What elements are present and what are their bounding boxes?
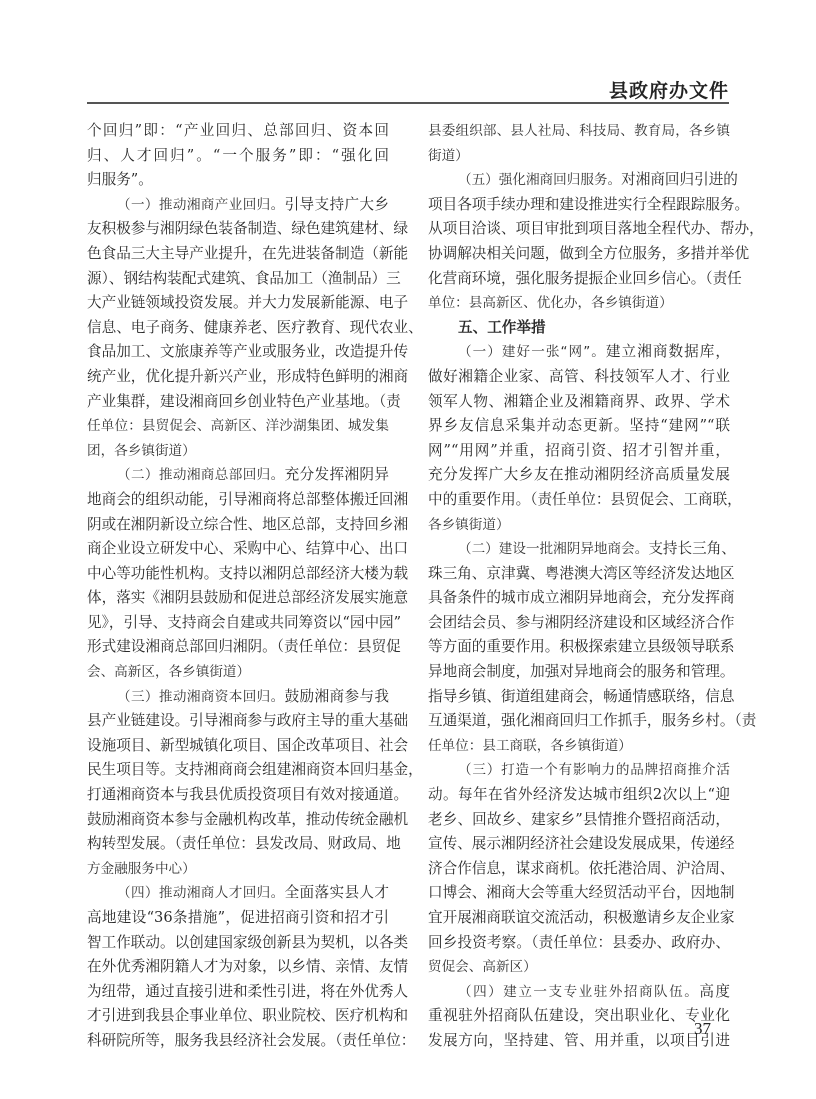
body-text: 领军人物、湘籍企业及湘籍商界、政界、学术 bbox=[428, 393, 730, 410]
text-line: 团，各乡镇街道） bbox=[87, 439, 389, 464]
page-header: 县政府办文件 bbox=[87, 70, 729, 104]
text-line: 县产业链建设。引导湘商参与政府主导的重大基础 bbox=[87, 709, 389, 734]
body-text: 回乡投资考察。（责任单位：县委办、政府办、 bbox=[428, 934, 730, 951]
text-line: 宣传、展示湘阴经济社会建设发展成果，传递经 bbox=[428, 832, 730, 857]
text-line: 口博会、湘商大会等重大经贸活动平台，因地制 bbox=[428, 881, 730, 906]
responsibility-text: 各乡镇街道） bbox=[428, 517, 510, 533]
text-line: 在外优秀湘阴籍人才为对象，以乡情、亲情、友情 bbox=[87, 955, 389, 980]
body-text: 重视驻外招商队伍建设，突出职业化、专业化 bbox=[428, 1007, 730, 1024]
body-text: 会团结会员、参与湘阴经济建设和区域经济合作 bbox=[428, 614, 734, 631]
body-text: 全面落实县人才 bbox=[285, 884, 389, 901]
body-text: 设施项目、新型城镇化项目、国企改革项目、社会 bbox=[87, 737, 408, 754]
body-text: 宜开展湘商联谊交流活动，积极邀请乡友企业家 bbox=[428, 909, 734, 926]
text-line: 动。每年在省外经济发达城市组织2次以上“迎 bbox=[428, 783, 730, 808]
body-text: 在外优秀湘阴籍人才为对象，以乡情、亲情、友情 bbox=[87, 958, 408, 975]
text-line: 地商会的组织动能，引导湘商将总部整体搬迁回湘 bbox=[87, 488, 389, 513]
text-line: 构转型发展。（责任单位：县发改局、财政局、地 bbox=[87, 832, 389, 857]
text-line: 归服务”。 bbox=[87, 168, 389, 193]
body-text: 具备条件的城市成立湘阴异地商会，充分发挥商 bbox=[428, 589, 734, 606]
header-rule bbox=[87, 102, 729, 104]
body-text: 民生项目等。支持湘商商会组建湘商资本回归基金， bbox=[87, 761, 423, 778]
body-text: 建立湘商数据库， bbox=[606, 343, 730, 360]
subsection-lead: （三）推动湘商资本回归。 bbox=[117, 689, 285, 705]
text-line: 宜开展湘商联谊交流活动，积极邀请乡友企业家 bbox=[428, 906, 730, 931]
text-line: 阴或在湘阴新设立综合性、地区总部，支持回乡湘 bbox=[87, 513, 389, 538]
running-header-title: 县政府办文件 bbox=[609, 76, 729, 103]
subsection-lead: （一）推动湘商产业回归。 bbox=[117, 197, 285, 213]
text-line: 民生项目等。支持湘商商会组建湘商资本回归基金， bbox=[87, 758, 389, 783]
responsibility-text: 任单位：县贸促会、高新区、洋沙湖集团、城发集 bbox=[87, 418, 389, 434]
subsection-lead: （二）建设一批湘阴异地商会。 bbox=[458, 541, 648, 557]
text-line: 具备条件的城市成立湘阴异地商会，充分发挥商 bbox=[428, 586, 730, 611]
text-line: 会团结会员、参与湘阴经济建设和区域经济合作 bbox=[428, 611, 730, 636]
body-text: 宣传、展示湘阴经济社会建设发展成果，传递经 bbox=[428, 835, 734, 852]
text-line: 化营商环境，强化服务提振企业回乡信心。（责任 bbox=[428, 267, 730, 292]
section-heading: 五、工作举措 bbox=[458, 319, 546, 336]
text-line: 鼓励湘商资本参与金融机构改革，推动传统金融机 bbox=[87, 808, 389, 833]
responsibility-text: 团，各乡镇街道） bbox=[87, 443, 196, 459]
body-text: 见》，引导、支持商会自建或共同筹资以“园中园” bbox=[87, 614, 401, 631]
text-line: 方金融服务中心） bbox=[87, 857, 389, 882]
subsection-lead: （五）强化湘商回归服务。 bbox=[458, 172, 621, 188]
text-line: 各乡镇街道） bbox=[428, 513, 730, 538]
text-line: 个回归”即：“产业回归、总部回归、资本回 bbox=[87, 119, 389, 144]
text-line: 贸促会、高新区） bbox=[428, 955, 730, 980]
text-line: （二）建设一批湘阴异地商会。支持长三角、 bbox=[428, 537, 730, 562]
body-text: 等方面的重要作用。积极探索建立县级领导联系 bbox=[428, 638, 734, 655]
text-line: 才引进到我县企事业单位、职业院校、医疗机构和 bbox=[87, 1004, 389, 1029]
text-line: 友积极参与湘阴绿色装备制造、绿色建筑建材、绿 bbox=[87, 217, 389, 242]
text-line: （四）建立一支专业驻外招商队伍。高度 bbox=[428, 980, 730, 1005]
text-line: 为纽带，通过直接引进和柔性引进，将在外优秀人 bbox=[87, 980, 389, 1005]
body-text: 食品加工、文旅康养等产业或服务业，改造提升传 bbox=[87, 343, 408, 360]
body-text: 统产业，优化提升新兴产业，形成特色鲜明的湘商 bbox=[87, 368, 408, 385]
subsection-lead: （四）推动湘商人才回归。 bbox=[117, 885, 285, 901]
body-text: 协调解决相关问题，做到全方位服务，多措并举优 bbox=[428, 245, 749, 262]
body-text: 产业集群，建设湘商回乡创业特色产业基地。（责 bbox=[87, 393, 401, 410]
body-text: 归服务”。 bbox=[87, 171, 153, 188]
subsection-lead: （三）打造一个有影响力的品牌招商推介活 bbox=[458, 762, 730, 778]
text-line: 归、人才回归”。“一个服务”即：“强化回 bbox=[87, 144, 389, 169]
text-line: 源）、钢结构装配式建筑、食品加工（渔制品）三 bbox=[87, 267, 389, 292]
text-line: 老乡、回故乡、建家乡”县情推介暨招商活动， bbox=[428, 808, 730, 833]
text-line: 珠三角、京津冀、粤港澳大湾区等经济发达地区 bbox=[428, 562, 730, 587]
text-line: 形式建设湘商总部回归湘阴。（责任单位：县贸促 bbox=[87, 635, 389, 660]
body-text: 大产业链领域投资发展。并大力发展新能源、电子 bbox=[87, 294, 408, 311]
text-line: 做好湘籍企业家、高管、科技领军人才、行业 bbox=[428, 365, 730, 390]
body-text: 互通渠道，强化湘商回归工作抓手，服务乡村。（责 bbox=[428, 712, 756, 729]
body-text: 济合作信息，谋求商机。依托港洽周、沪洽周、 bbox=[428, 860, 734, 877]
text-line: 单位：县高新区、优化办，各乡镇街道） bbox=[428, 291, 730, 316]
text-line: 体，落实《湘阴县鼓励和促进总部经济发展实施意 bbox=[87, 586, 389, 611]
text-line: 见》，引导、支持商会自建或共同筹资以“园中园” bbox=[87, 611, 389, 636]
text-line: 互通渠道，强化湘商回归工作抓手，服务乡村。（责 bbox=[428, 709, 730, 734]
subsection-lead: （四）建立一支专业驻外招商队伍。 bbox=[458, 984, 699, 1000]
text-line: 智工作联动。以创建国家级创新县为契机，以各类 bbox=[87, 931, 389, 956]
responsibility-text: 贸促会、高新区） bbox=[428, 959, 537, 975]
page-number: 37 bbox=[694, 1019, 711, 1039]
body-text: 友积极参与湘阴绿色装备制造、绿色建筑建材、绿 bbox=[87, 220, 408, 237]
text-line: 色食品三大主导产业提升，在先进装备制造（新能 bbox=[87, 242, 389, 267]
text-line: 等方面的重要作用。积极探索建立县级领导联系 bbox=[428, 635, 730, 660]
body-text: 珠三角、京津冀、粤港澳大湾区等经济发达地区 bbox=[428, 565, 734, 582]
text-line: 从项目洽谈、项目审批到项目落地全程代办、帮办， bbox=[428, 217, 730, 242]
text-line: 界乡友信息采集并动态更新。坚持“建网”“联 bbox=[428, 414, 730, 439]
body-text: 阴或在湘阴新设立综合性、地区总部，支持回乡湘 bbox=[87, 516, 408, 533]
text-line: 充分发挥广大乡友在推动湘阴经济高质量发展 bbox=[428, 463, 730, 488]
body-text: 支持长三角、 bbox=[648, 540, 736, 557]
body-text: 指导乡镇、街道组建商会，畅通情感联络，信息 bbox=[428, 688, 734, 705]
left-column: 个回归”即：“产业回归、总部回归、资本回归、人才回归”。“一个服务”即：“强化回… bbox=[87, 119, 389, 1054]
body-text: 发展方向，坚持建、管、用并重，以项目引进 bbox=[428, 1032, 730, 1049]
section-heading-line: 五、工作举措 bbox=[428, 316, 730, 341]
body-text: 高度 bbox=[699, 983, 730, 1000]
body-text: 归、人才回归”。“一个服务”即：“强化回 bbox=[87, 147, 389, 164]
responsibility-text: 方金融服务中心） bbox=[87, 861, 196, 877]
text-line: 项目各项手续办理和建设推进实行全程跟踪服务。 bbox=[428, 193, 730, 218]
body-text: 项目各项手续办理和建设推进实行全程跟踪服务。 bbox=[428, 196, 749, 213]
text-line: 食品加工、文旅康养等产业或服务业，改造提升传 bbox=[87, 340, 389, 365]
text-line: 打通湘商资本与我县优质投资项目有效对接通道。 bbox=[87, 783, 389, 808]
body-text: 网”“用网”并重，招商引资、招才引智并重， bbox=[428, 442, 730, 459]
responsibility-text: 任单位：县工商联，各乡镇街道） bbox=[428, 738, 632, 754]
text-line: 信息、电子商务、健康养老、医疗教育、现代农业、 bbox=[87, 316, 389, 341]
text-line: 领军人物、湘籍企业及湘籍商界、政界、学术 bbox=[428, 390, 730, 415]
text-line: 任单位：县贸促会、高新区、洋沙湖集团、城发集 bbox=[87, 414, 389, 439]
body-text: 动。每年在省外经济发达城市组织2次以上“迎 bbox=[428, 786, 730, 803]
text-line: （四）推动湘商人才回归。全面落实县人才 bbox=[87, 881, 389, 906]
text-line: （一）建好一张“网”。建立湘商数据库， bbox=[428, 340, 730, 365]
responsibility-text: 县委组织部、县人社局、科技局、教育局，各乡镇 bbox=[428, 123, 730, 139]
body-text: 智工作联动。以创建国家级创新县为契机，以各类 bbox=[87, 934, 408, 951]
text-line: 统产业，优化提升新兴产业，形成特色鲜明的湘商 bbox=[87, 365, 389, 390]
body-text: 高地建设“36条措施”，促进招商引资和招才引 bbox=[87, 909, 389, 926]
body-text: 地商会的组织动能，引导湘商将总部整体搬迁回湘 bbox=[87, 491, 408, 508]
body-text: 做好湘籍企业家、高管、科技领军人才、行业 bbox=[428, 368, 730, 385]
body-text: 口博会、湘商大会等重大经贸活动平台，因地制 bbox=[428, 884, 734, 901]
body-text: 体，落实《湘阴县鼓励和促进总部经济发展实施意 bbox=[87, 589, 408, 606]
text-line: 任单位：县工商联，各乡镇街道） bbox=[428, 734, 730, 759]
responsibility-text: 单位：县高新区、优化办，各乡镇街道） bbox=[428, 295, 673, 311]
text-line: 商企业设立研发中心、采购中心、结算中心、出口 bbox=[87, 537, 389, 562]
body-text: 化营商环境，强化服务提振企业回乡信心。（责任 bbox=[428, 270, 742, 287]
body-text: 色食品三大主导产业提升，在先进装备制造（新能 bbox=[87, 245, 408, 262]
responsibility-text: 会、高新区，各乡镇街道） bbox=[87, 664, 250, 680]
body-text: 才引进到我县企事业单位、职业院校、医疗机构和 bbox=[87, 1007, 408, 1024]
text-line: （五）强化湘商回归服务。对湘商回归引进的 bbox=[428, 168, 730, 193]
body-text: 为纽带，通过直接引进和柔性引进，将在外优秀人 bbox=[87, 983, 408, 1000]
body-text: 充分发挥湘阴异 bbox=[285, 466, 389, 483]
text-line: 中心等功能性机构。支持以湘阴总部经济大楼为载 bbox=[87, 562, 389, 587]
body-text: 个回归”即：“产业回归、总部回归、资本回 bbox=[87, 122, 389, 139]
text-line: （一）推动湘商产业回归。引导支持广大乡 bbox=[87, 193, 389, 218]
text-line: 县委组织部、县人社局、科技局、教育局，各乡镇 bbox=[428, 119, 730, 144]
text-line: 协调解决相关问题，做到全方位服务，多措并举优 bbox=[428, 242, 730, 267]
text-line: 设施项目、新型城镇化项目、国企改革项目、社会 bbox=[87, 734, 389, 759]
subsection-lead: （一）建好一张“网”。 bbox=[458, 344, 606, 360]
body-text: 异地商会制度，加强对异地商会的服务和管理。 bbox=[428, 663, 734, 680]
body-text: 中心等功能性机构。支持以湘阴总部经济大楼为载 bbox=[87, 565, 408, 582]
body-text: 鼓励湘商参与我 bbox=[285, 688, 389, 705]
text-line: （三）推动湘商资本回归。鼓励湘商参与我 bbox=[87, 685, 389, 710]
text-line: 大产业链领域投资发展。并大力发展新能源、电子 bbox=[87, 291, 389, 316]
text-line: 济合作信息，谋求商机。依托港洽周、沪洽周、 bbox=[428, 857, 730, 882]
body-text: 打通湘商资本与我县优质投资项目有效对接通道。 bbox=[87, 786, 408, 803]
text-line: 网”“用网”并重，招商引资、招才引智并重， bbox=[428, 439, 730, 464]
responsibility-text: 街道） bbox=[428, 148, 469, 164]
body-text: 老乡、回故乡、建家乡”县情推介暨招商活动， bbox=[428, 811, 730, 828]
body-text: 中的重要作用。（责任单位：县贸促会、工商联， bbox=[428, 491, 742, 508]
body-text: 充分发挥广大乡友在推动湘阴经济高质量发展 bbox=[428, 466, 730, 483]
body-text: 信息、电子商务、健康养老、医疗教育、现代农业、 bbox=[87, 319, 423, 336]
body-text: 形式建设湘商总部回归湘阴。（责任单位：县贸促 bbox=[87, 638, 401, 655]
body-text: 构转型发展。（责任单位：县发改局、财政局、地 bbox=[87, 835, 401, 852]
text-line: （三）打造一个有影响力的品牌招商推介活 bbox=[428, 758, 730, 783]
text-line: 回乡投资考察。（责任单位：县委办、政府办、 bbox=[428, 931, 730, 956]
body-text: 源）、钢结构装配式建筑、食品加工（渔制品）三 bbox=[87, 270, 401, 287]
text-line: 中的重要作用。（责任单位：县贸促会、工商联， bbox=[428, 488, 730, 513]
text-line: 指导乡镇、街道组建商会，畅通情感联络，信息 bbox=[428, 685, 730, 710]
body-text: 从项目洽谈、项目审批到项目落地全程代办、帮办， bbox=[428, 220, 764, 237]
text-line: 科研院所等，服务我县经济社会发展。（责任单位： bbox=[87, 1029, 389, 1054]
body-text: 对湘商回归引进的 bbox=[621, 171, 738, 188]
right-column: 县委组织部、县人社局、科技局、教育局，各乡镇街道）（五）强化湘商回归服务。对湘商… bbox=[428, 119, 730, 1054]
text-line: 会、高新区，各乡镇街道） bbox=[87, 660, 389, 685]
body-text: 鼓励湘商资本参与金融机构改革，推动传统金融机 bbox=[87, 811, 408, 828]
text-line: 重视驻外招商队伍建设，突出职业化、专业化 bbox=[428, 1004, 730, 1029]
text-line: 高地建设“36条措施”，促进招商引资和招才引 bbox=[87, 906, 389, 931]
body-text: 界乡友信息采集并动态更新。坚持“建网”“联 bbox=[428, 417, 730, 434]
body-text: 引导支持广大乡 bbox=[285, 196, 389, 213]
text-line: （二）推动湘商总部回归。充分发挥湘阴异 bbox=[87, 463, 389, 488]
body-text: 科研院所等，服务我县经济社会发展。（责任单位： bbox=[87, 1032, 415, 1049]
body-text: 商企业设立研发中心、采购中心、结算中心、出口 bbox=[87, 540, 408, 557]
text-line: 异地商会制度，加强对异地商会的服务和管理。 bbox=[428, 660, 730, 685]
body-text: 县产业链建设。引导湘商参与政府主导的重大基础 bbox=[87, 712, 408, 729]
subsection-lead: （二）推动湘商总部回归。 bbox=[117, 467, 285, 483]
text-line: 街道） bbox=[428, 144, 730, 169]
text-line: 发展方向，坚持建、管、用并重，以项目引进 bbox=[428, 1029, 730, 1054]
text-line: 产业集群，建设湘商回乡创业特色产业基地。（责 bbox=[87, 390, 389, 415]
